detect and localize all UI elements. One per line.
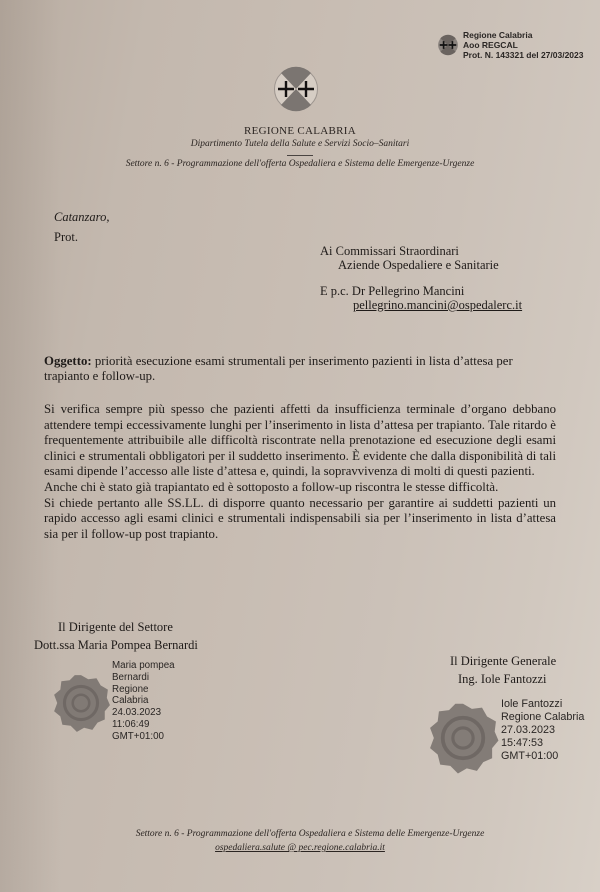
- recipient-line: Aziende Ospedaliere e Sanitarie: [338, 258, 499, 273]
- cc-recipient: E p.c. Dr Pellegrino Mancini: [320, 284, 464, 299]
- cc-email-link[interactable]: pellegrino.mancini@ospedalerc.it: [353, 298, 522, 313]
- signatory-role: Il Dirigente del Settore: [58, 620, 173, 635]
- subject-label: Oggetto:: [44, 354, 92, 368]
- digital-signature-info: Maria pompea Bernardi Regione Calabria 2…: [112, 660, 175, 743]
- digital-signature-date: 27.03.2023: [501, 724, 584, 737]
- digital-signature-time: 11:06:49: [112, 719, 175, 731]
- recipient-line: Ai Commissari Straordinari: [320, 244, 459, 259]
- signatory-name: Dott.ssa Maria Pompea Bernardi: [34, 638, 198, 653]
- digital-signature-time: 15:47:53: [501, 737, 584, 750]
- footer-sector: Settore n. 6 - Programmazione dell'offer…: [0, 829, 600, 839]
- digital-signature-line: Regione: [112, 684, 175, 696]
- digital-signature-line: Bernardi: [112, 672, 175, 684]
- digital-signature-date: 24.03.2023: [112, 707, 175, 719]
- letter-protocol: Prot.: [54, 230, 78, 245]
- stamp-line: Regione Calabria: [463, 30, 584, 40]
- letter-body: Si verifica sempre più spesso che pazien…: [44, 402, 556, 542]
- stamp-protocol-number: Prot. N. 143321 del 27/03/2023: [463, 50, 584, 60]
- letter-place: Catanzaro,: [54, 210, 109, 225]
- signatory-role: Il Dirigente Generale: [450, 654, 556, 669]
- header-sector: Settore n. 6 - Programmazione dell'offer…: [0, 159, 600, 169]
- digital-signature-line: Regione Calabria: [501, 711, 584, 724]
- digital-signature-info: Iole Fantozzi Regione Calabria 27.03.202…: [501, 698, 584, 763]
- protocol-stamp: Regione Calabria Aoo REGCAL Prot. N. 143…: [437, 30, 584, 60]
- digital-signature-line: Maria pompea: [112, 660, 175, 672]
- body-paragraph: Si verifica sempre più spesso che pazien…: [44, 402, 556, 480]
- regione-calabria-emblem-icon: [437, 34, 459, 56]
- signatory-name: Ing. Iole Fantozzi: [458, 672, 547, 687]
- stamp-line: Aoo REGCAL: [463, 40, 584, 50]
- digital-signature-timezone: GMT+01:00: [501, 750, 584, 763]
- header-divider: [287, 155, 313, 156]
- letter-page: Regione Calabria Aoo REGCAL Prot. N. 143…: [0, 0, 600, 892]
- digital-signature-line: Calabria: [112, 695, 175, 707]
- header-title: REGIONE CALABRIA: [0, 125, 600, 137]
- subject-text: priorità esecuzione esami strumentali pe…: [44, 354, 513, 383]
- digital-signature-timezone: GMT+01:00: [112, 731, 175, 743]
- body-paragraph: Anche chi è stato già trapiantato ed è s…: [44, 480, 556, 496]
- body-paragraph: Si chiede pertanto alle SS.LL. di dispor…: [44, 496, 556, 543]
- footer-email-link[interactable]: ospedaliera.salute @ pec.regione.calabri…: [0, 843, 600, 853]
- digital-signature-seal-icon: [424, 700, 502, 776]
- regione-calabria-emblem-icon: [273, 66, 319, 112]
- digital-signature-seal-icon: [50, 672, 112, 734]
- header-department: Dipartimento Tutela della Salute e Servi…: [0, 139, 600, 149]
- letter-subject: Oggetto: priorità esecuzione esami strum…: [44, 354, 556, 384]
- digital-signature-line: Iole Fantozzi: [501, 698, 584, 711]
